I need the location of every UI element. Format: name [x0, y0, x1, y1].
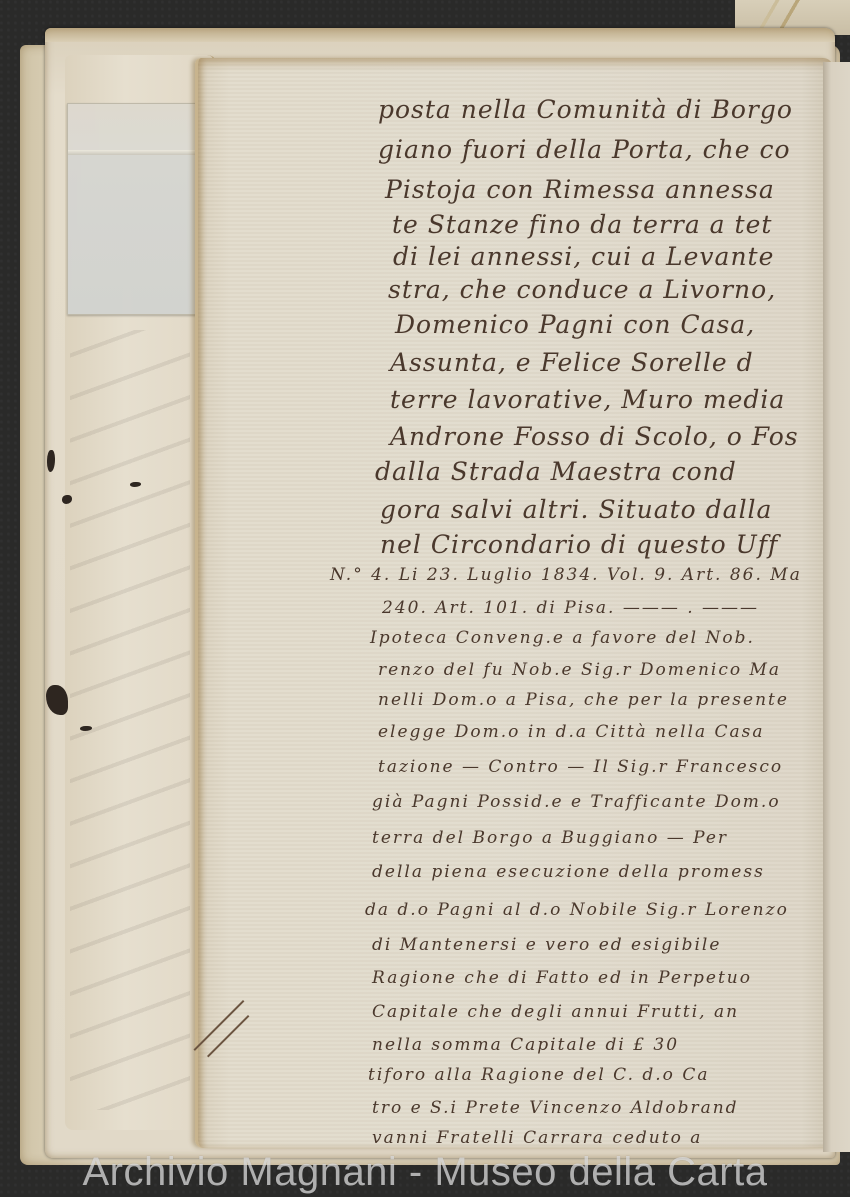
manuscript-line: 240. Art. 101. di Pisa. ——— . ———	[382, 598, 759, 618]
manuscript-line: vanni Fratelli Carrara ceduto a	[372, 1128, 702, 1148]
manuscript-line: dalla Strada Maestra cond	[375, 457, 737, 486]
manuscript-line: elegge Dom.o in d.a Città nella Casa	[378, 722, 765, 742]
archive-watermark: Archivio Magnani - Museo della Carta	[0, 1150, 850, 1195]
manuscript-line: nella somma Capitale di £ 30	[372, 1035, 679, 1055]
manuscript-line: Ragione che di Fatto ed in Perpetuo	[372, 968, 752, 988]
manuscript-line: stra, che conduce a Livorno,	[388, 275, 776, 304]
manuscript-line: giano fuori della Porta, che co	[378, 135, 791, 164]
manuscript-line: nelli Dom.o a Pisa, che per la presente	[378, 690, 789, 710]
manuscript-line: Androne Fosso di Scolo, o Fos	[390, 422, 799, 451]
manuscript-line: già Pagni Possid.e e Trafficante Dom.o	[372, 792, 781, 812]
manuscript-line: Ipoteca Conveng.e a favore del Nob.	[370, 628, 755, 648]
manuscript-line: N.° 4. Li 23. Luglio 1834. Vol. 9. Art. …	[330, 565, 802, 585]
manuscript-line: posta nella Comunità di Borgo	[378, 95, 793, 124]
bleed-through-writing	[70, 330, 190, 1110]
manuscript-line: Domenico Pagni con Casa,	[395, 310, 755, 339]
manuscript-line: di Mantenersi e vero ed esigibile	[372, 935, 721, 955]
manuscript-line: terra del Borgo a Buggiano — Per	[372, 828, 728, 848]
manuscript-line: Pistoja con Rimessa annessa	[385, 175, 775, 204]
manuscript-line: tazione — Contro — Il Sig.r Francesco	[378, 757, 783, 777]
manuscript-line: da d.o Pagni al d.o Nobile Sig.r Lorenzo	[365, 900, 789, 920]
manuscript-line: te Stanze fino da terra a tet	[392, 210, 772, 239]
manuscript-line: terre lavorative, Muro media	[390, 385, 785, 414]
glassine-label	[67, 103, 202, 315]
manuscript-line: Capitale che degli annui Frutti, an	[372, 1002, 739, 1022]
manuscript-line: tiforo alla Ragione del C. d.o Ca	[368, 1065, 709, 1085]
manuscript-line: Assunta, e Felice Sorelle d	[390, 348, 754, 377]
page-fold-shadow	[823, 62, 850, 1152]
manuscript-line: gora salvi altri. Situato dalla	[380, 495, 772, 524]
manuscript-line: renzo del fu Nob.e Sig.r Domenico Ma	[378, 660, 781, 680]
manuscript-line: di lei annessi, cui a Levante	[393, 242, 774, 271]
manuscript-line: tro e S.i Prete Vincenzo Aldobrand	[372, 1098, 739, 1118]
manuscript-line: della piena esecuzione della promess	[372, 862, 765, 882]
manuscript-line: nel Circondario di questo Uff	[380, 530, 778, 559]
